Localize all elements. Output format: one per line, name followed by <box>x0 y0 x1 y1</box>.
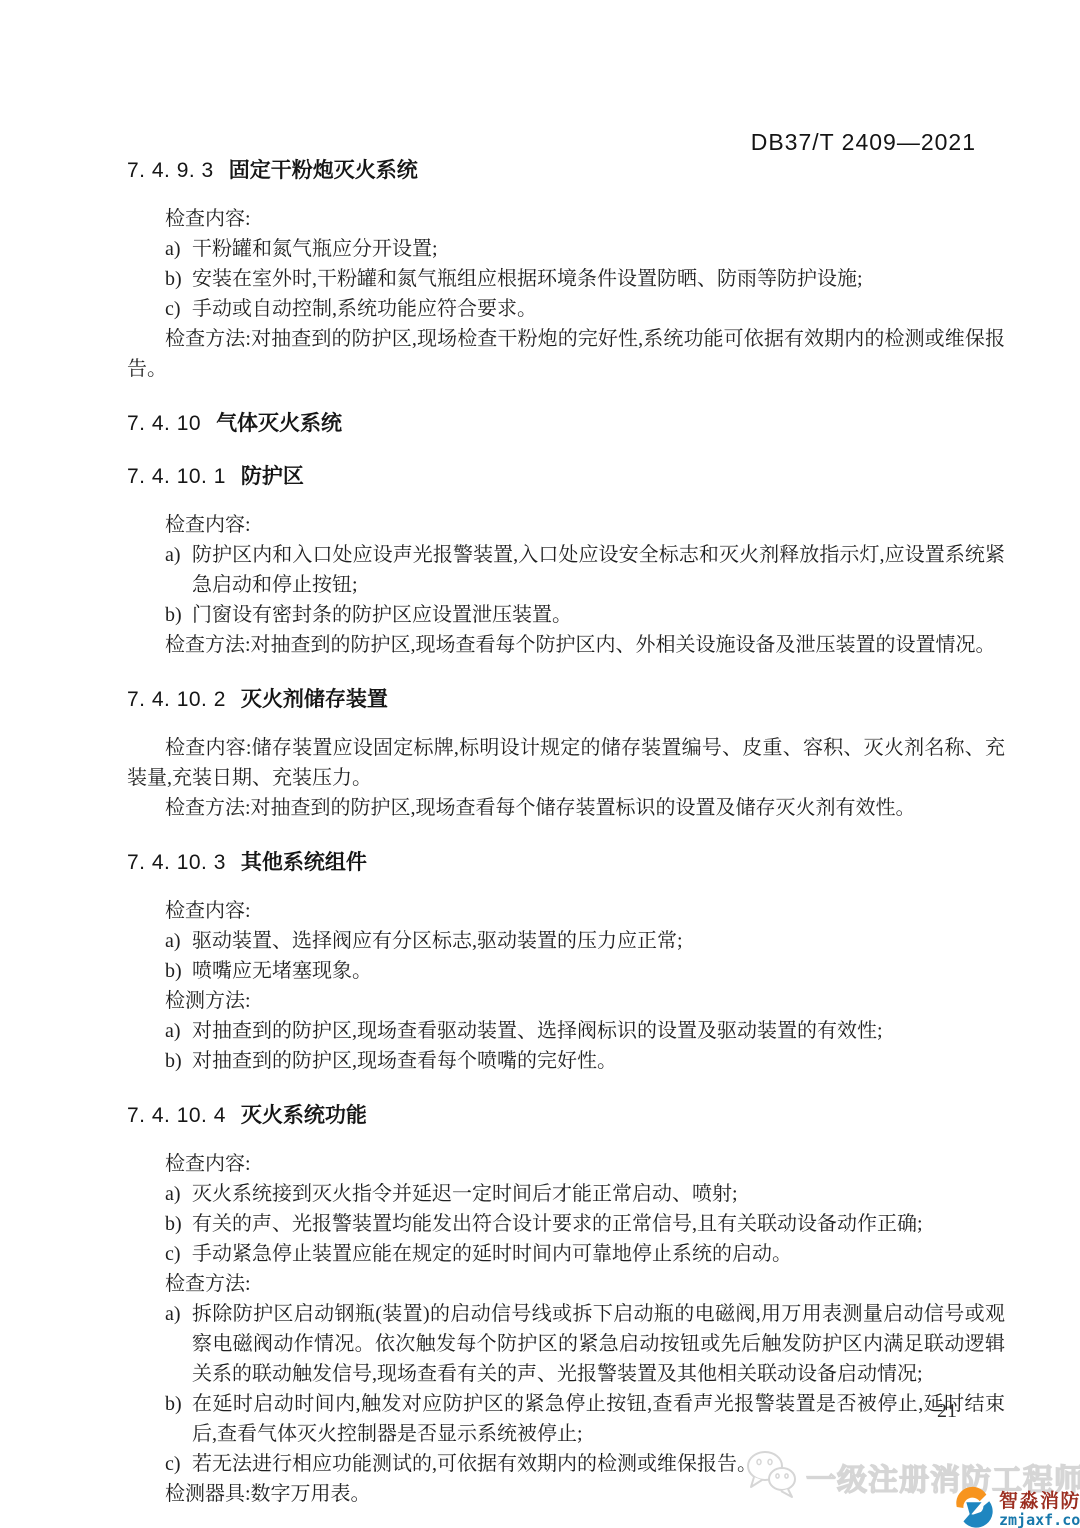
section-7.4.10: 7. 4. 10气体灭火系统 <box>127 411 1005 437</box>
paragraph: 检查方法: <box>127 1269 1005 1299</box>
document-content: 7. 4. 9. 3固定干粉炮灭火系统检查内容:a)干粉罐和氮气瓶应分开设置;b… <box>127 158 1005 1509</box>
section-heading: 7. 4. 10. 3其他系统组件 <box>127 850 1005 876</box>
paragraph: 检查内容:储存装置应设固定标牌,标明设计规定的储存装置编号、皮重、容积、灭火剂名… <box>127 733 1005 793</box>
section-7.4.10.1: 7. 4. 10. 1防护区检查内容:a)防护区内和入口处应设声光报警装置,入口… <box>127 464 1005 660</box>
paragraph: 检查内容: <box>127 510 1005 540</box>
section-title: 灭火剂储存装置 <box>241 687 388 713</box>
list-item-text: 安装在室外时,干粉罐和氮气瓶组应根据环境条件设置防晒、防雨等防护设施; <box>192 268 863 290</box>
brand-logo: 智淼消防 zmjaxf.com <box>952 1486 1080 1528</box>
section-7.4.10.3: 7. 4. 10. 3其他系统组件检查内容:a)驱动装置、选择阀应有分区标志,驱… <box>127 850 1005 1076</box>
page-number: 21 <box>925 1400 969 1423</box>
list-marker: b) <box>165 1389 182 1419</box>
list-marker: b) <box>165 1209 182 1239</box>
paragraph: 检查方法:对抽查到的防护区,现场查看每个储存装置标识的设置及储存灭火剂有效性。 <box>127 793 1005 823</box>
section-7.4.10.2: 7. 4. 10. 2灭火剂储存装置检查内容:储存装置应设固定标牌,标明设计规定… <box>127 687 1005 823</box>
list-marker: b) <box>165 264 182 294</box>
list-item-text: 门窗设有密封条的防护区应设置泄压装置。 <box>192 604 572 626</box>
section-title: 气体灭火系统 <box>216 411 342 437</box>
list-marker: a) <box>165 1016 181 1046</box>
list-item: c)若无法进行相应功能测试的,可依据有效期内的检测或维保报告。 <box>127 1449 1005 1479</box>
section-number: 7. 4. 10. 1 <box>127 464 226 490</box>
section-heading: 7. 4. 10. 1防护区 <box>127 464 1005 490</box>
list-item-text: 干粉罐和氮气瓶应分开设置; <box>192 238 438 260</box>
list-item-text: 灭火系统接到灭火指令并延迟一定时间后才能正常启动、喷射; <box>192 1183 738 1205</box>
list-item: b)对抽查到的防护区,现场查看每个喷嘴的完好性。 <box>127 1046 1005 1076</box>
list-item: a)驱动装置、选择阀应有分区标志,驱动装置的压力应正常; <box>127 926 1005 956</box>
section-heading: 7. 4. 10. 2灭火剂储存装置 <box>127 687 1005 713</box>
paragraph: 检测方法: <box>127 986 1005 1016</box>
paragraph: 检查内容: <box>127 204 1005 234</box>
list-marker: c) <box>165 294 181 324</box>
list-item-text: 若无法进行相应功能测试的,可依据有效期内的检测或维保报告。 <box>192 1453 757 1475</box>
doc-code: DB37/T 2409—2021 <box>751 129 976 156</box>
list-marker: b) <box>165 956 182 986</box>
section-7.4.10.4: 7. 4. 10. 4灭火系统功能检查内容:a)灭火系统接到灭火指令并延迟一定时… <box>127 1103 1005 1509</box>
list-item: b)在延时启动时间内,触发对应防护区的紧急停止按钮,查看声光报警装置是否被停止,… <box>127 1389 1005 1449</box>
sections-container: 7. 4. 9. 3固定干粉炮灭火系统检查内容:a)干粉罐和氮气瓶应分开设置;b… <box>127 158 1005 1509</box>
list-marker: c) <box>165 1449 181 1479</box>
section-heading: 7. 4. 9. 3固定干粉炮灭火系统 <box>127 158 1005 184</box>
list-item: a)干粉罐和氮气瓶应分开设置; <box>127 234 1005 264</box>
list-item-text: 驱动装置、选择阀应有分区标志,驱动装置的压力应正常; <box>192 930 683 952</box>
list-item: c)手动或自动控制,系统功能应符合要求。 <box>127 294 1005 324</box>
list-item-text: 在延时启动时间内,触发对应防护区的紧急停止按钮,查看声光报警装置是否被停止,延时… <box>192 1393 1005 1445</box>
section-7.4.9.3: 7. 4. 9. 3固定干粉炮灭火系统检查内容:a)干粉罐和氮气瓶应分开设置;b… <box>127 158 1005 384</box>
brand-url: zmjaxf.com <box>999 1513 1080 1528</box>
section-number: 7. 4. 10. 3 <box>127 850 226 876</box>
section-heading: 7. 4. 10. 4灭火系统功能 <box>127 1103 1005 1129</box>
list-item-text: 防护区内和入口处应设声光报警装置,入口处应设安全标志和灭火剂释放指示灯,应设置系… <box>192 544 1005 596</box>
list-marker: a) <box>165 926 181 956</box>
list-item-text: 拆除防护区启动钢瓶(装置)的启动信号线或拆下启动瓶的电磁阀,用万用表测量启动信号… <box>192 1303 1005 1385</box>
section-title: 其他系统组件 <box>241 850 367 876</box>
list-marker: a) <box>165 1299 181 1329</box>
list-marker: b) <box>165 600 182 630</box>
list-item-text: 对抽查到的防护区,现场查看驱动装置、选择阀标识的设置及驱动装置的有效性; <box>192 1020 883 1042</box>
list-item: a)防护区内和入口处应设声光报警装置,入口处应设安全标志和灭火剂释放指示灯,应设… <box>127 540 1005 600</box>
document-page: DB37/T 2409—2021 7. 4. 9. 3固定干粉炮灭火系统检查内容… <box>0 0 1080 1528</box>
list-marker: a) <box>165 1179 181 1209</box>
section-title: 灭火系统功能 <box>241 1103 367 1129</box>
list: a)防护区内和入口处应设声光报警装置,入口处应设安全标志和灭火剂释放指示灯,应设… <box>127 540 1005 630</box>
list-item: a)灭火系统接到灭火指令并延迟一定时间后才能正常启动、喷射; <box>127 1179 1005 1209</box>
section-heading: 7. 4. 10气体灭火系统 <box>127 411 1005 437</box>
list: a)干粉罐和氮气瓶应分开设置;b)安装在室外时,干粉罐和氮气瓶组应根据环境条件设… <box>127 234 1005 324</box>
list-marker: a) <box>165 234 181 264</box>
section-number: 7. 4. 10 <box>127 411 201 437</box>
list-marker: b) <box>165 1046 182 1076</box>
section-number: 7. 4. 10. 2 <box>127 687 226 713</box>
section-number: 7. 4. 9. 3 <box>127 158 214 184</box>
list-item: a)拆除防护区启动钢瓶(装置)的启动信号线或拆下启动瓶的电磁阀,用万用表测量启动… <box>127 1299 1005 1389</box>
list: a)拆除防护区启动钢瓶(装置)的启动信号线或拆下启动瓶的电磁阀,用万用表测量启动… <box>127 1299 1005 1479</box>
paragraph: 检查内容: <box>127 896 1005 926</box>
list: a)灭火系统接到灭火指令并延迟一定时间后才能正常启动、喷射;b)有关的声、光报警… <box>127 1179 1005 1269</box>
section-title: 防护区 <box>241 464 304 490</box>
paragraph: 检查内容: <box>127 1149 1005 1179</box>
zmjaxf-logo-icon <box>952 1486 994 1528</box>
list-item-text: 手动或自动控制,系统功能应符合要求。 <box>192 298 537 320</box>
list-item: b)有关的声、光报警装置均能发出符合设计要求的正常信号,且有关联动设备动作正确; <box>127 1209 1005 1239</box>
section-number: 7. 4. 10. 4 <box>127 1103 226 1129</box>
list-item: a)对抽查到的防护区,现场查看驱动装置、选择阀标识的设置及驱动装置的有效性; <box>127 1016 1005 1046</box>
list-item-text: 喷嘴应无堵塞现象。 <box>192 960 372 982</box>
list-item: b)门窗设有密封条的防护区应设置泄压装置。 <box>127 600 1005 630</box>
list-item: c)手动紧急停止装置应能在规定的延时时间内可靠地停止系统的启动。 <box>127 1239 1005 1269</box>
list: a)对抽查到的防护区,现场查看驱动装置、选择阀标识的设置及驱动装置的有效性;b)… <box>127 1016 1005 1076</box>
section-title: 固定干粉炮灭火系统 <box>229 158 418 184</box>
list-marker: c) <box>165 1239 181 1269</box>
list-item-text: 有关的声、光报警装置均能发出符合设计要求的正常信号,且有关联动设备动作正确; <box>192 1213 923 1235</box>
paragraph: 检查方法:对抽查到的防护区,现场检查干粉炮的完好性,系统功能可依据有效期内的检测… <box>127 324 1005 384</box>
list-item-text: 对抽查到的防护区,现场查看每个喷嘴的完好性。 <box>192 1050 617 1072</box>
list-marker: a) <box>165 540 181 570</box>
brand-name: 智淼消防 <box>999 1492 1080 1511</box>
paragraph: 检测器具:数字万用表。 <box>127 1479 1005 1509</box>
paragraph: 检查方法:对抽查到的防护区,现场查看每个防护区内、外相关设施设备及泄压装置的设置… <box>127 630 1005 660</box>
list: a)驱动装置、选择阀应有分区标志,驱动装置的压力应正常;b)喷嘴应无堵塞现象。 <box>127 926 1005 986</box>
list-item: b)喷嘴应无堵塞现象。 <box>127 956 1005 986</box>
list-item: b)安装在室外时,干粉罐和氮气瓶组应根据环境条件设置防晒、防雨等防护设施; <box>127 264 1005 294</box>
list-item-text: 手动紧急停止装置应能在规定的延时时间内可靠地停止系统的启动。 <box>192 1243 792 1265</box>
